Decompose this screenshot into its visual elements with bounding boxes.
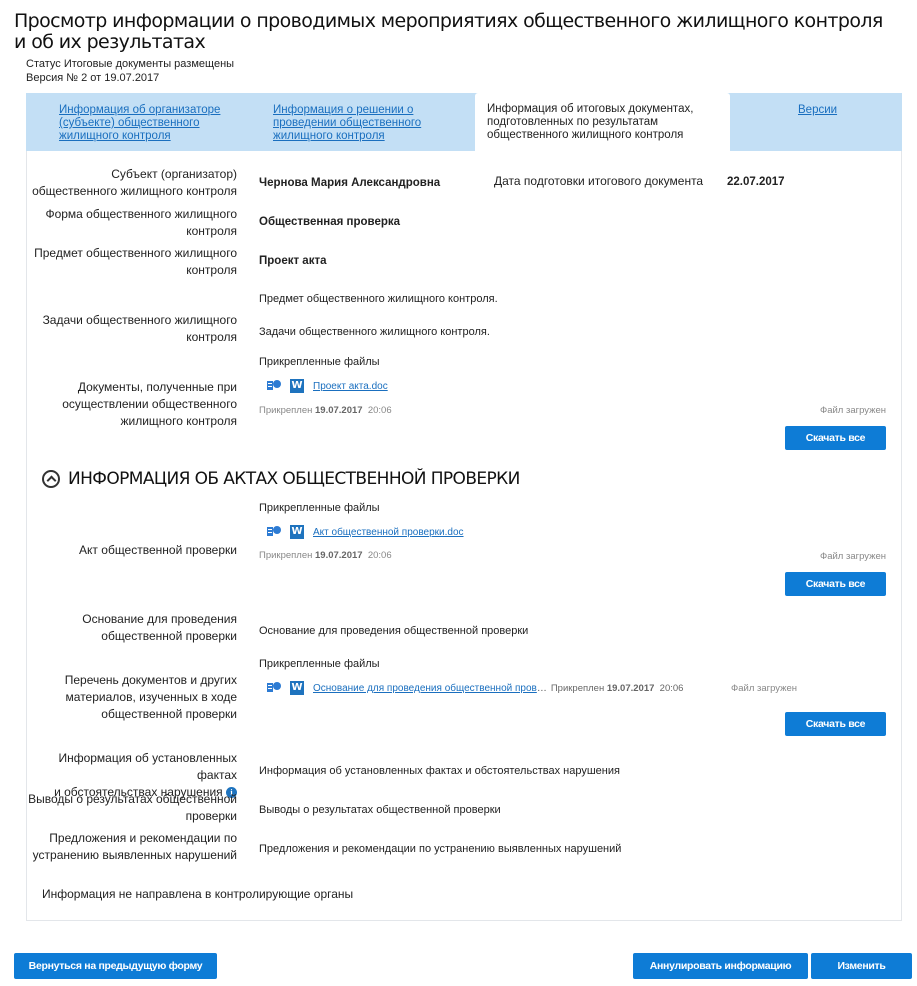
basis-label: Основание для проведения общественной пр… [27,611,237,645]
subject-matter-label: Предмет общественного жилищного контроля [27,245,237,279]
act-file-status: Файл загружен [820,551,886,562]
status-line: Статус Итоговые документы размещены [26,58,234,70]
attached-prefix: Прикреплен [259,405,312,416]
file-link[interactable]: Акт общественной проверки.doc [313,527,464,538]
doclist-attached-title: Прикрепленные файлы [259,658,380,670]
tab-final-documents-label: Информация об итоговых документах, подго… [487,103,693,141]
facts-value: Информация об установленных фактах и обс… [259,765,620,777]
documents-attached-title: Прикрепленные файлы [259,356,380,368]
download-all-button[interactable]: Скачать все [785,572,886,596]
proposals-value: Предложения и рекомендации по устранению… [259,843,621,855]
doclist-file-row: W Основание для проведения общественной … [267,680,683,696]
doclist-file-attached: Прикреплен 19.07.2017 20:06 [551,683,684,694]
tab-decision[interactable]: Информация о решении о проведении общест… [273,104,438,143]
proposals-label: Предложения и рекомендации по устранению… [27,830,237,864]
act-file-row: W Акт общественной проверки.doc [267,524,464,540]
tab-organizer[interactable]: Информация об организаторе (субъекте) об… [59,104,229,143]
doclist-file-status: Файл загружен [731,683,797,694]
annul-button[interactable]: Аннулировать информацию [633,953,808,979]
form-label: Форма общественного жилищного контроля [27,206,237,240]
prep-date-value: 22.07.2017 [727,176,785,188]
conclusions-label: Выводы о результатах общественной провер… [27,791,237,825]
signature-icon[interactable] [267,526,281,538]
tab-bar: Информация об организаторе (субъекте) об… [26,93,902,151]
footer-note: Информация не направлена в контролирующи… [42,887,353,901]
attached-date: 19.07.2017 [315,550,363,561]
file-link[interactable]: Основание для проведения общественной пр… [313,683,537,694]
act-file-attached: Прикреплен 19.07.2017 20:06 [259,550,392,561]
basis-value: Основание для проведения общественной пр… [259,625,528,637]
acts-section-title: ИНФОРМАЦИЯ ОБ АКТАХ ОБЩЕСТВЕННОЙ ПРОВЕРК… [68,469,520,489]
tab-versions[interactable]: Версии [798,104,837,117]
subject-label: Субъект (организатор) общественного жили… [27,166,237,200]
subject-matter-value: Проект акта [259,255,326,267]
tab-versions-link[interactable]: Версии [798,104,837,116]
tasks-label: Задачи общественного жилищного контроля [27,312,237,346]
collapse-chevron-icon[interactable] [42,470,60,488]
attached-prefix: Прикреплен [259,550,312,561]
tasks-value: Задачи общественного жилищного контроля. [259,326,490,338]
subject-value: Чернова Мария Александровна [259,177,440,189]
tab-decision-link[interactable]: Информация о решении о проведении общест… [273,104,421,142]
facts-label-line1: Информация об установленных фактах [58,751,237,782]
word-doc-icon: W [290,379,304,393]
doclist-label: Перечень документов и других материалов,… [27,672,237,723]
file-ellipsis: … [537,683,547,694]
tab-organizer-link[interactable]: Информация об организаторе (субъекте) об… [59,104,220,142]
signature-icon[interactable] [267,380,281,392]
attached-prefix: Прикреплен [551,683,604,694]
file-link[interactable]: Проект акта.doc [313,381,388,392]
download-all-button[interactable]: Скачать все [785,426,886,450]
act-attached-title: Прикрепленные файлы [259,502,380,514]
conclusions-value: Выводы о результатах общественной провер… [259,804,501,816]
act-label: Акт общественной проверки [27,542,237,559]
documents-file-status: Файл загружен [820,405,886,416]
acts-section-header[interactable]: ИНФОРМАЦИЯ ОБ АКТАХ ОБЩЕСТВЕННОЙ ПРОВЕРК… [42,469,520,489]
back-button[interactable]: Вернуться на предыдущую форму [14,953,217,979]
subject-matter-text: Предмет общественного жилищного контроля… [259,293,498,305]
version-line: Версия № 2 от 19.07.2017 [26,72,159,84]
attached-time: 20:06 [660,683,684,694]
documents-file-attached: Прикреплен 19.07.2017 20:06 [259,405,392,416]
documents-label: Документы, полученные при осуществлении … [27,379,237,430]
form-value: Общественная проверка [259,216,400,228]
word-doc-icon: W [290,525,304,539]
word-doc-icon: W [290,681,304,695]
signature-icon[interactable] [267,682,281,694]
documents-file-row: W Проект акта.doc [267,378,388,394]
content-panel: Субъект (организатор) общественного жили… [26,151,902,921]
attached-date: 19.07.2017 [315,405,363,416]
attached-date: 19.07.2017 [607,683,655,694]
prep-date-label: Дата подготовки итогового документа [494,174,703,188]
page-title: Просмотр информации о проводимых меропри… [14,11,894,53]
edit-button[interactable]: Изменить [811,953,912,979]
attached-time: 20:06 [368,405,392,416]
download-all-button[interactable]: Скачать все [785,712,886,736]
attached-time: 20:06 [368,550,392,561]
tab-final-documents[interactable]: Информация об итоговых документах, подго… [475,93,730,151]
